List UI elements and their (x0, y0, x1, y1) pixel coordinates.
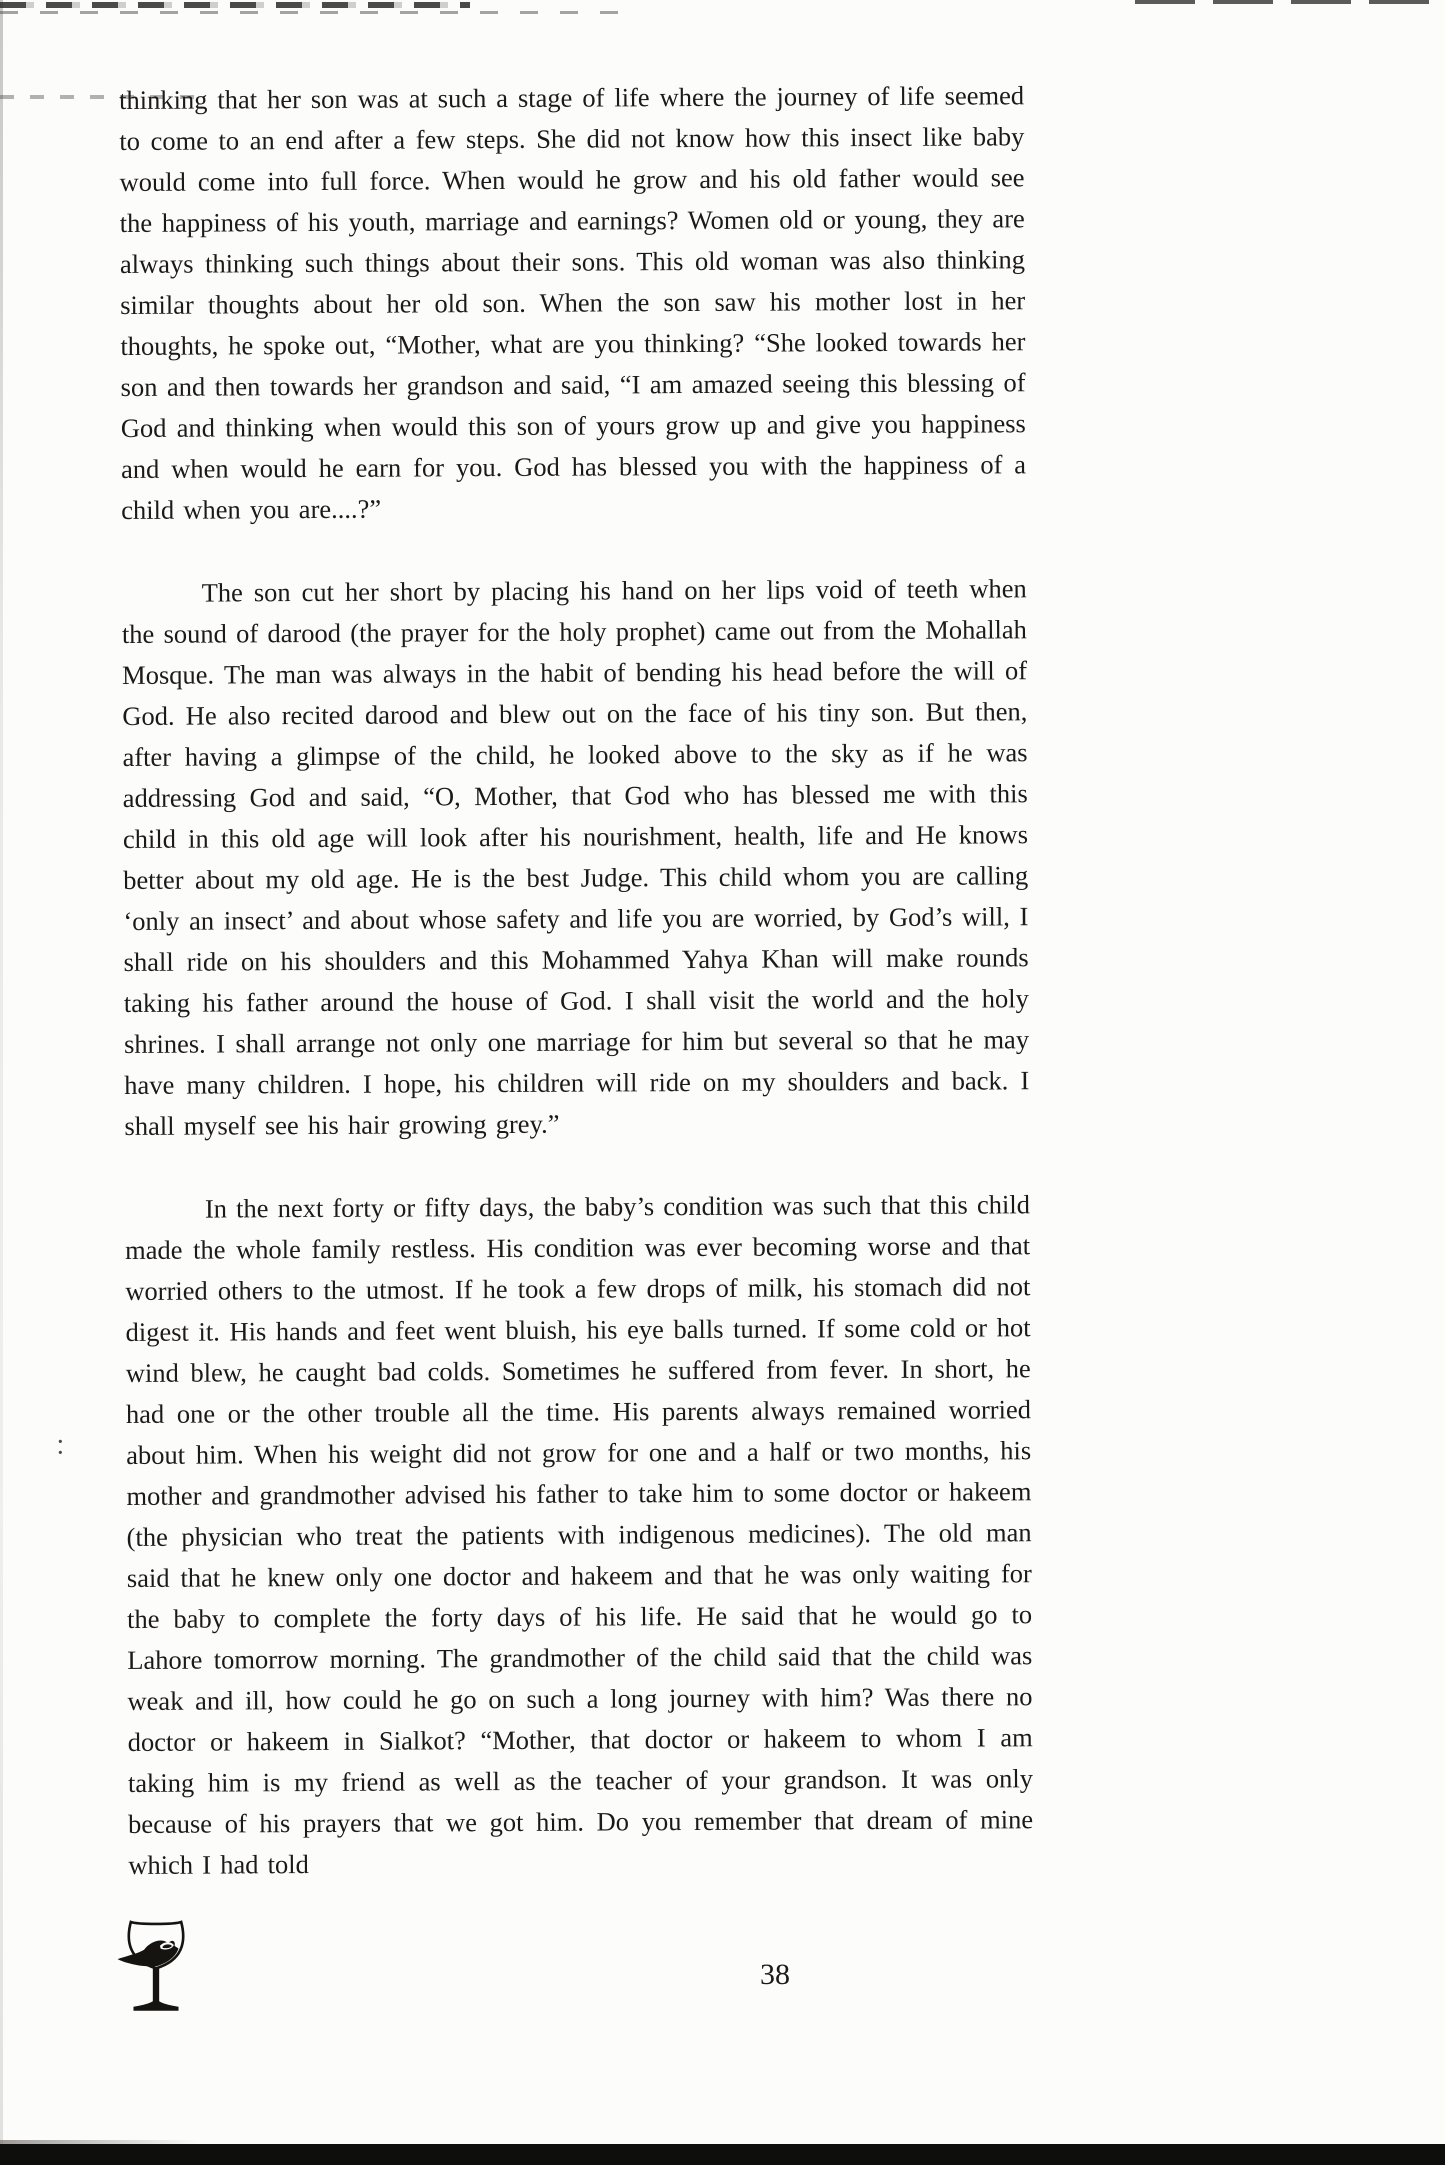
scan-top-streak-artifact (0, 11, 640, 14)
scan-bottom-band-artifact (0, 2144, 1445, 2165)
goblet-bird-logo-icon (116, 1918, 196, 2024)
scan-top-streak-artifact (0, 2, 470, 8)
page-body-text: thinking that her son was at such a stag… (119, 75, 1034, 1928)
paragraph: In the next forty or fifty days, the bab… (125, 1184, 1034, 1886)
page-number: 38 (760, 1958, 790, 1992)
scan-margin-mark-artifact (57, 1437, 62, 1459)
scan-left-edge-artifact (0, 0, 3, 2165)
scanned-book-page: thinking that her son was at such a stag… (0, 0, 1445, 2165)
paragraph: thinking that her son was at such a stag… (119, 75, 1026, 531)
paragraph: The son cut her short by placing his han… (122, 568, 1030, 1147)
scan-top-right-artifact (1135, 0, 1445, 4)
